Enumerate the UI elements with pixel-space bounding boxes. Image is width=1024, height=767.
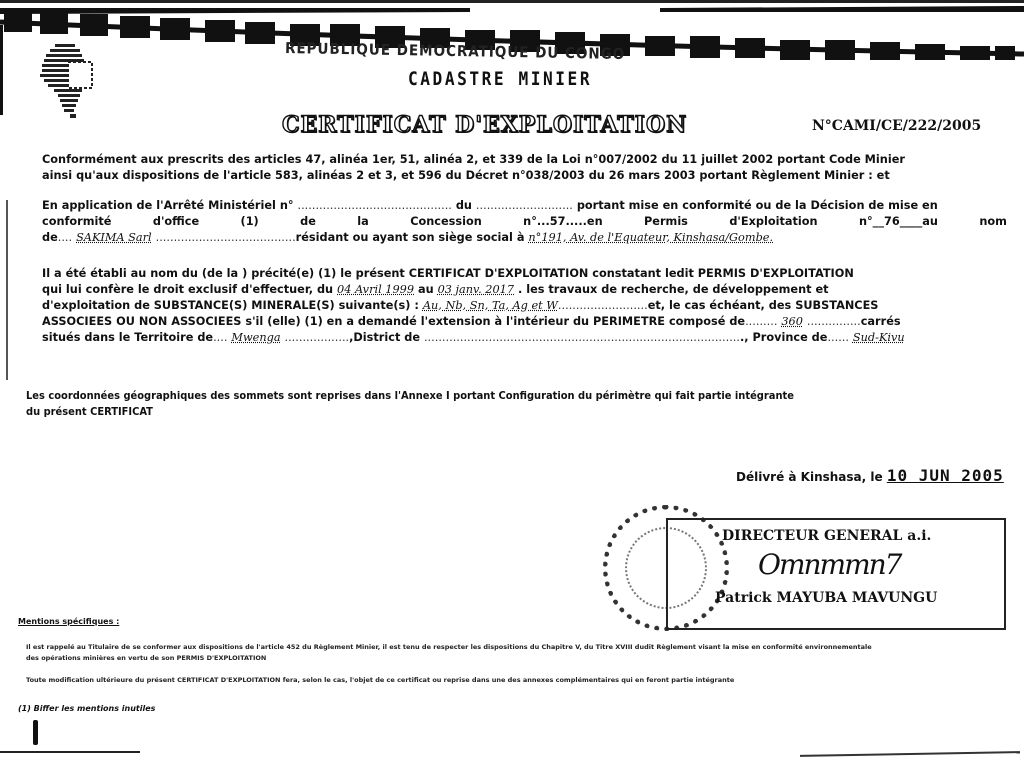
date-from: 04 Avril 1999 [337,283,414,296]
permit-number: n°__76____au [859,214,938,230]
arrete-du-label: du [456,199,472,212]
establishment-line-1: Il a été établi au nom du (de la ) préci… [42,266,854,282]
mention-line-1: Il est rappelé au Titulaire de se confor… [26,643,872,651]
signatory-name: Patrick MAYUBA MAVUNGU [715,590,937,606]
substances-label: d'exploitation de SUBSTANCE(S) MINERALE(… [42,299,419,312]
date-to: 03 janv. 2017 [438,283,514,296]
province-label: ., Province de [740,331,827,344]
word: la [357,214,369,230]
scan-edge-line [0,25,3,115]
holder-address: n°191, Av. de l'Equateur, Kinshasa/Gombe… [528,231,773,244]
certificate-title: CERTIFICAT D'EXPLOITATION [282,112,687,138]
delivery-date-stamp: 10 JUN 2005 [887,466,1004,485]
substances-list: Au, Nb, Sn, Ta, Ag et W [423,299,558,312]
validity-line: qui lui confère le droit exclusif d'effe… [42,282,829,298]
mention-line-3: Toute modification ultérieure du présent… [26,676,734,684]
word: d'office [153,214,199,230]
location-line: situés dans le Territoire de.... Mwenga … [42,330,905,346]
concession-number: n°...57.....en [523,214,602,230]
delivery-label: Délivré à Kinshasa, le [736,470,883,484]
de-label: de [42,231,58,244]
agency-heading: CADASTRE MINIER [408,68,592,90]
arrete-label: En application de l'Arrêté Ministériel n… [42,199,294,212]
coordinates-line-2: du présent CERTIFICAT [26,404,153,420]
word: (1) [241,214,259,230]
associated-label: et, le cas échéant, des SUBSTANCES [648,299,879,312]
concession-line: conformité d'office (1) de la Concession… [42,214,1007,230]
substances-line: d'exploitation de SUBSTANCE(S) MINERALE(… [42,298,878,314]
arrete-number-blank: ........................................… [297,199,451,212]
mention-line-2: des opérations minières en vertu de son … [26,654,266,662]
holder-line: de.... SAKIMA Sarl .....................… [42,230,773,246]
territoire-label: situés dans le Territoire de [42,331,213,344]
handwritten-signature: Omnmmn7 [758,548,901,581]
arrete-line: En application de l'Arrêté Ministériel n… [42,198,938,214]
signatory-title: DIRECTEUR GENERAL a.i. [722,528,931,544]
arrete-purpose: portant mise en conformité ou de la Déci… [577,199,938,212]
legal-basis-line-1: Conformément aux prescrits des articles … [42,152,905,168]
scan-edge-line [6,200,8,380]
word: nom [979,214,1007,230]
territoire-value: Mwenga [231,331,280,344]
legal-basis-line-2: ainsi qu'aux dispositions de l'article 5… [42,168,890,184]
works-label: . les travaux de recherche, de développe… [518,283,829,296]
word: Concession [410,214,482,230]
validity-label: qui lui confère le droit exclusif d'effe… [42,283,333,296]
carres-label: carrés [861,315,901,328]
certificate-number: N°CAMI/CE/222/2005 [812,118,981,134]
delivery-line: Délivré à Kinshasa, le 10 JUN 2005 [736,468,1004,485]
province-value: Sud-Kivu [853,331,905,344]
perimeter-line: ASSOCIEES OU NON ASSOCIEES s'il (elle) (… [42,314,901,330]
au-label: au [418,283,434,296]
mentions-heading: Mentions spécifiques : [18,617,119,626]
footnote: (1) Biffer les mentions inutiles [18,704,155,713]
residence-label: résidant ou ayant son siège social à [296,231,525,244]
arrete-date-blank: ........................... [476,199,573,212]
word: conformité [42,214,111,230]
scan-mark [33,720,38,745]
word: de [300,214,316,230]
scan-edge-line [0,751,140,753]
district-label: ,District de [349,331,420,344]
coordinates-line-1: Les coordonnées géographiques des sommet… [26,388,794,404]
perimeter-label: ASSOCIEES OU NON ASSOCIEES s'il (elle) (… [42,315,745,328]
word: d'Exploitation [729,214,817,230]
word: Permis [644,214,688,230]
drc-map-emblem-icon [40,42,95,122]
carres-count: 360 [781,315,803,328]
scan-edge-line [800,751,1020,757]
holder-name: SAKIMA Sarl [76,231,152,244]
